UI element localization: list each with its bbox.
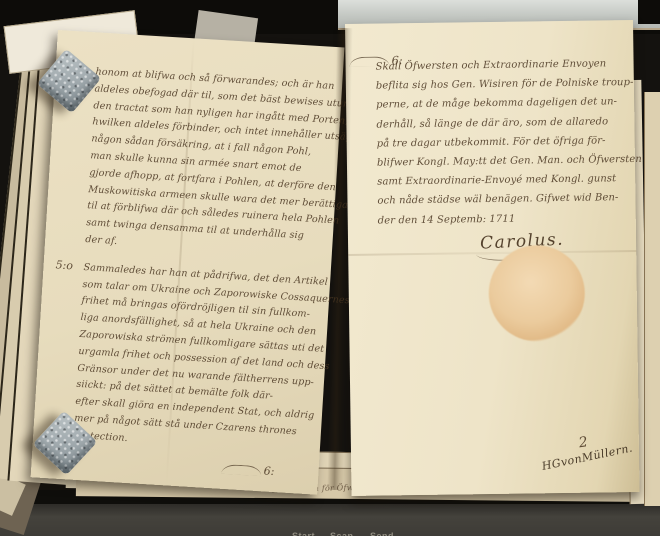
scanner-surface-panel: Start Scan Send bbox=[0, 504, 660, 536]
scanner-button-send: Send bbox=[370, 531, 394, 536]
wax-seal bbox=[488, 245, 585, 342]
pen-flourish bbox=[221, 464, 262, 476]
scanner-button-start: Start bbox=[292, 531, 315, 536]
dark-background-corner bbox=[638, 0, 660, 24]
catchword-6: 6: bbox=[221, 462, 274, 478]
left-page-text-block: honom at blifwa och så förwarandes; och … bbox=[73, 64, 334, 458]
right-page-text-block: Skall Öfwersten och Extraordinarie Envoy… bbox=[375, 54, 629, 230]
section-5-marker: 5:o bbox=[55, 258, 73, 272]
right-page: 6: Skall Öfwersten och Extraordinarie En… bbox=[345, 20, 640, 496]
fore-edge-strip bbox=[644, 92, 660, 506]
manuscript-line: och nåde städse wäl benägen. Gifwet wid … bbox=[377, 188, 629, 211]
manuscript-photo-scene: Start Scan Send Instruction för Öfwerste… bbox=[0, 0, 660, 536]
manuscript-line: der den 14 Septemb: 1711 bbox=[378, 208, 630, 231]
section-5-paragraph: Sammaledes har han at pådrifwa, det den … bbox=[73, 260, 322, 459]
scanner-button-scan: Scan bbox=[330, 531, 354, 536]
secretary-flourish: 2 bbox=[578, 434, 589, 451]
